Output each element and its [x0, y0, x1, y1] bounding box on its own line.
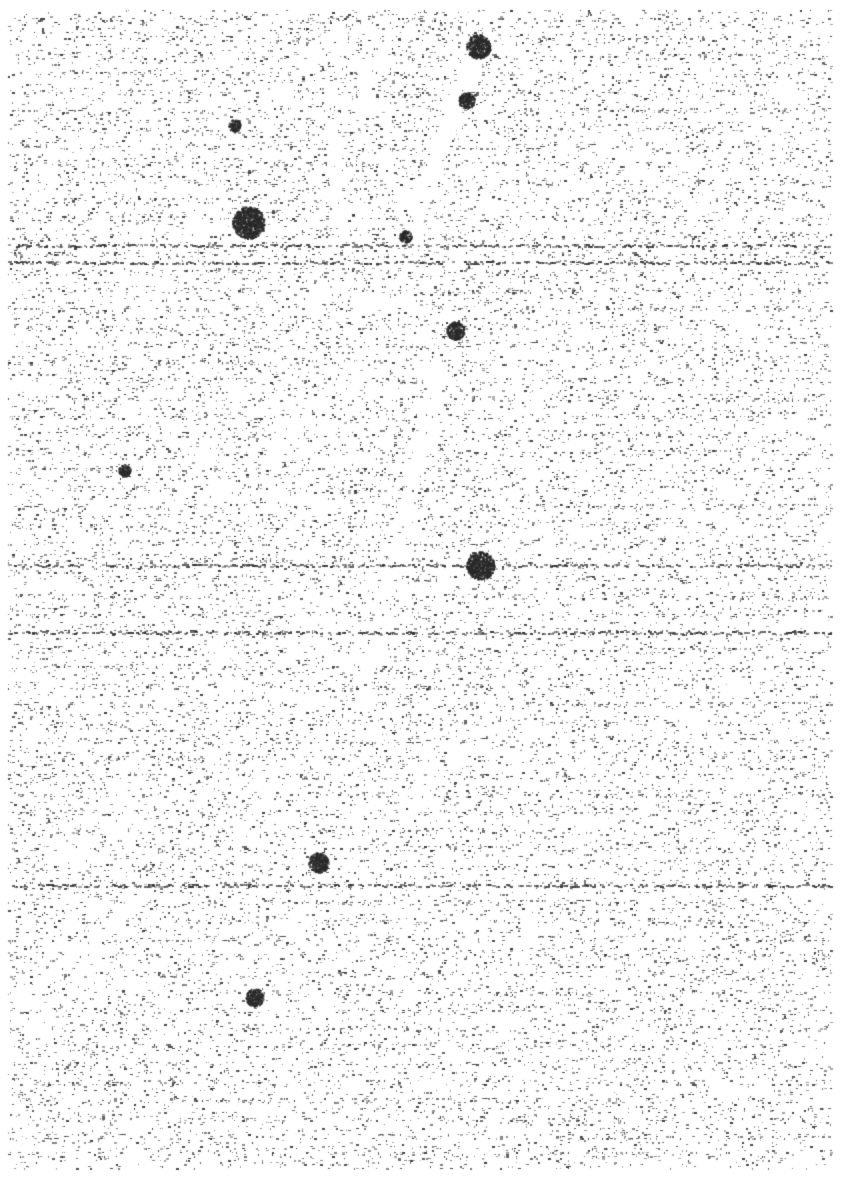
noise-texture — [0, 0, 842, 1190]
scanned-page: Degraded scanned page: illegible speckle… — [0, 0, 842, 1190]
